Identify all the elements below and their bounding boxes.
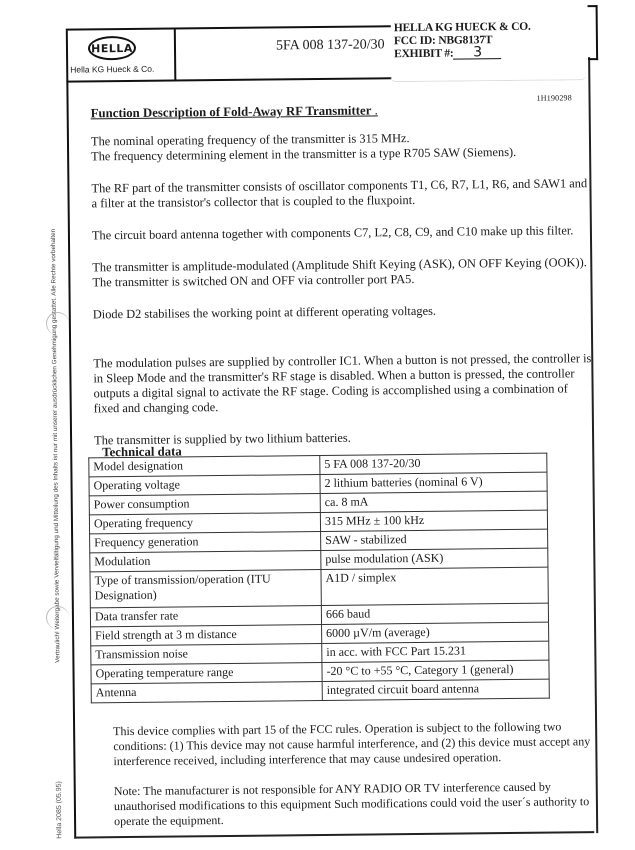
- spec-value: -20 °C to +55 °C, Category 1 (general): [322, 660, 549, 681]
- function-description: Function Description of Fold-Away RF Tra…: [91, 101, 595, 465]
- spec-value: SAW - stabilized: [321, 529, 548, 550]
- spec-value: 315 MHz ± 100 kHz: [320, 510, 547, 531]
- spec-value: 666 baud: [321, 603, 548, 624]
- exhibit-label: EXHIBIT #:: [394, 48, 454, 61]
- punch-hole-mark: [46, 606, 69, 629]
- spec-value: 6000 µV/m (average): [322, 622, 549, 643]
- paragraph-antenna: The circuit board antenna together with …: [92, 223, 592, 243]
- exhibit-line: EXHIBIT #:3: [394, 47, 531, 61]
- spec-value: A1D / simplex: [321, 567, 548, 605]
- compliance-statement: This device complies with part 15 of the…: [113, 719, 603, 769]
- logo-text: HELLA: [91, 41, 133, 54]
- technical-data-table: Model designation5 FA 008 137-20/30Opera…: [88, 453, 550, 704]
- spec-value: in acc. with FCC Part 15.231: [322, 641, 549, 662]
- spec-value: 5 FA 008 137-20/30: [320, 453, 547, 474]
- spec-value: pulse modulation (ASK): [321, 548, 548, 569]
- spec-name: Field strength at 3 m distance: [91, 624, 322, 645]
- manufacturer-note: Note: The manufacturer is not responsibl…: [114, 779, 604, 829]
- fcc-compliance: This device complies with part 15 of the…: [113, 719, 604, 844]
- hella-logo-icon: HELLA: [88, 36, 136, 61]
- page-frame-left: [66, 31, 76, 839]
- company-subtitle: Hella KG Hueck & Co.: [70, 64, 154, 75]
- document-header: HELLA Hella KG Hueck & Co. 5FA 008 137-2…: [66, 25, 392, 82]
- fcc-label-edge: [390, 73, 586, 82]
- table-row: Antennaintegrated circuit board antenna: [91, 679, 549, 703]
- spec-name: Operating voltage: [89, 475, 320, 496]
- paragraph-pulses: The modulation pulses are supplied by co…: [93, 351, 594, 416]
- spec-name: Frequency generation: [90, 531, 321, 552]
- fcc-company: HELLA KG HUECK & CO.: [394, 21, 531, 35]
- spec-value: integrated circuit board antenna: [322, 679, 549, 700]
- document-page: HELLA Hella KG Hueck & Co. 5FA 008 137-2…: [0, 0, 635, 850]
- spec-name: Operating frequency: [89, 513, 320, 534]
- spec-name: Antenna: [91, 681, 322, 702]
- document-title: Function Description of Fold-Away RF Tra…: [91, 101, 591, 121]
- logo-block: HELLA Hella KG Hueck & Co.: [66, 29, 177, 80]
- punch-hole-mark: [46, 312, 69, 335]
- spec-name: Modulation: [90, 550, 321, 571]
- paragraph-rf-part: The RF part of the transmitter consists …: [91, 176, 591, 211]
- spec-name: Type of transmission/operation (ITU Desi…: [90, 569, 321, 607]
- fcc-label: HELLA KG HUECK & CO. FCC ID: NBG8137T EX…: [394, 21, 531, 61]
- part-number: 5FA 008 137-20/30: [276, 37, 385, 54]
- spec-name: Transmission noise: [91, 643, 322, 664]
- spec-name: Operating temperature range: [91, 662, 322, 683]
- exhibit-number: 3: [453, 47, 501, 60]
- paragraph-diode: Diode D2 stabilises the working point at…: [93, 302, 593, 322]
- spec-value: ca. 8 mA: [320, 491, 547, 512]
- form-code: Hella 2085 (05.95): [56, 781, 64, 839]
- spec-name: Data transfer rate: [90, 605, 321, 626]
- spec-name: Model designation: [89, 456, 320, 477]
- confidentiality-notice: Vertraulich! Weitergabe sowie Vervielfäl…: [50, 229, 62, 663]
- fcc-label-bracket: [588, 5, 599, 60]
- spec-value: 2 lithium batteries (nominal 6 V): [320, 472, 547, 493]
- spec-name: Power consumption: [89, 494, 320, 515]
- table-row: Type of transmission/operation (ITU Desi…: [90, 567, 548, 608]
